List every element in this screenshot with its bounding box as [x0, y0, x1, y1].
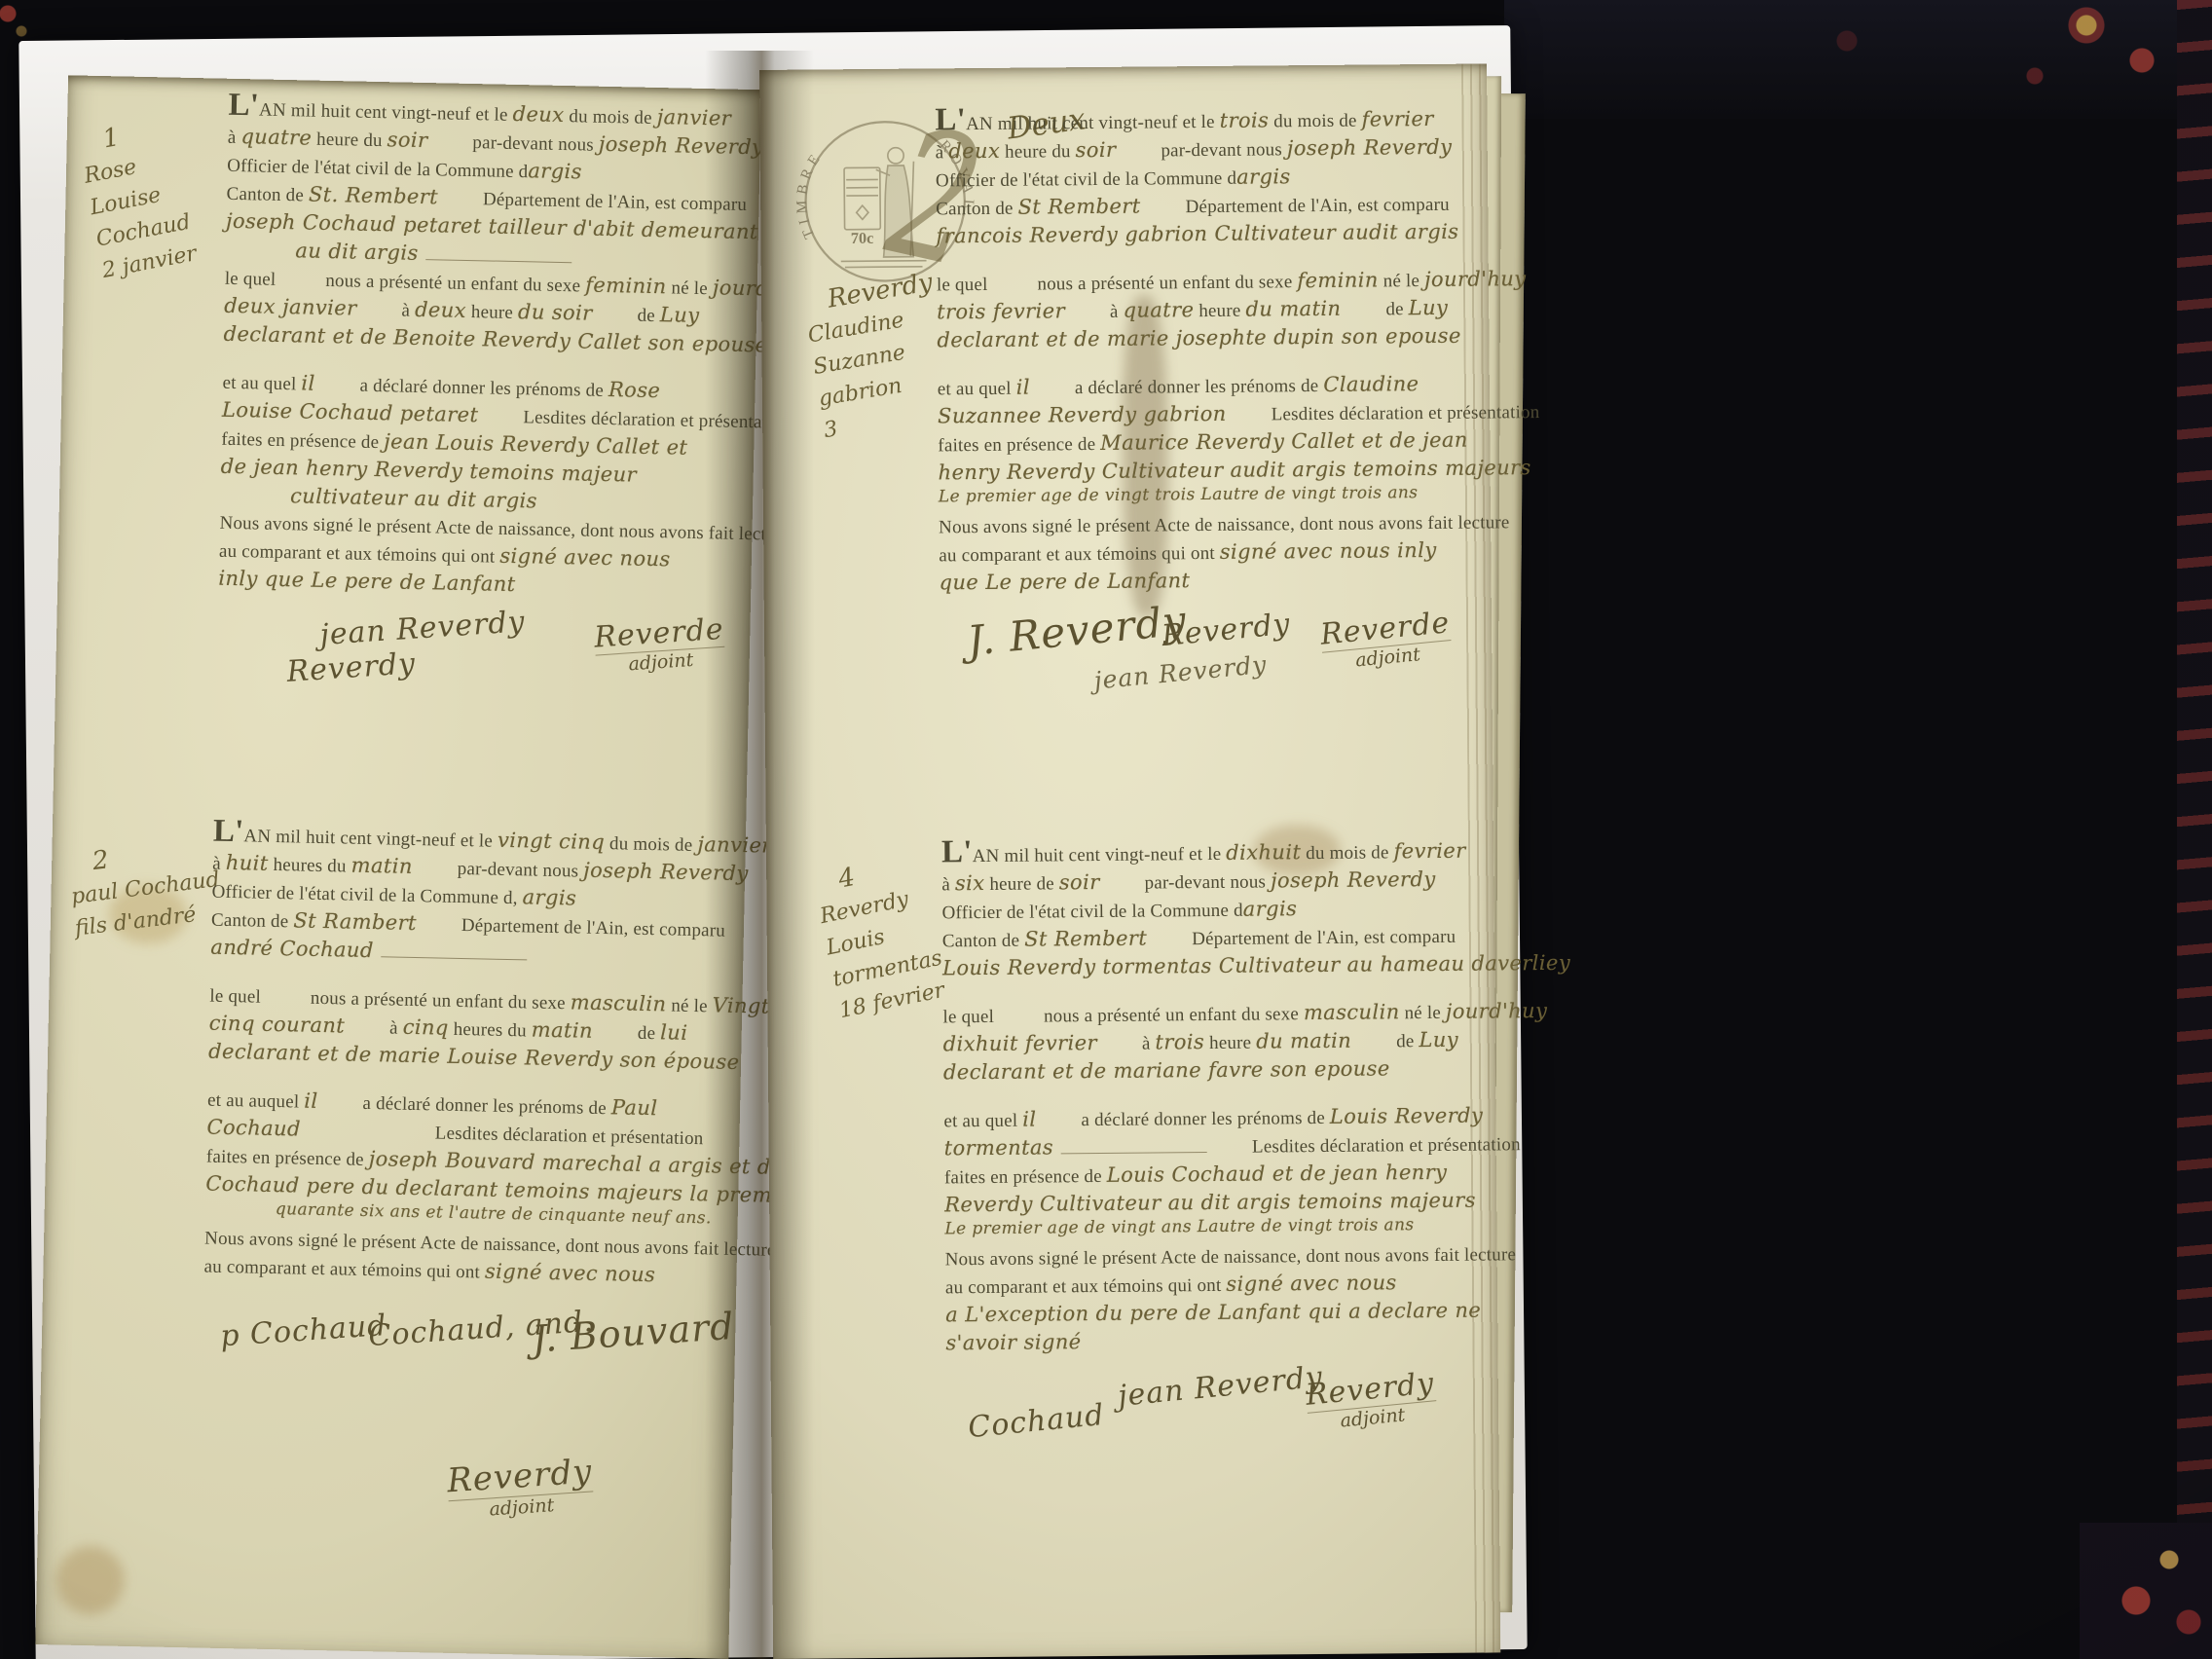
handwritten-text: feminin [1297, 268, 1379, 292]
act-body: L'AN mil huit cent vingt-neuf et le dixh… [941, 835, 1493, 1490]
handwritten-text: Le premier age de vingt trois Lautre de … [939, 483, 1419, 506]
form-blank-space [345, 1033, 389, 1034]
register-photograph: 1RoseLouiseCochaud2 janvier L'AN mil hui… [0, 0, 2212, 1659]
printed-form-text: le quel [209, 986, 266, 1008]
signature: Cochaud [967, 1398, 1106, 1445]
paper-stain [55, 1545, 125, 1614]
form-blank-space [280, 285, 325, 286]
printed-form-text: le quel [942, 1007, 999, 1028]
printed-form-text: L'AN mil huit cent vingt-neuf et le [228, 99, 513, 126]
act-line: dixhuit fevrierà trois heure du matinde … [943, 1027, 1489, 1060]
svg-text:TIMBRE: TIMBRE [793, 148, 828, 241]
printed-form-text: et au auquel [207, 1090, 305, 1113]
handwritten-text: Cochaud [206, 1116, 301, 1141]
signature: Reverdeadjoint [1319, 606, 1454, 675]
handwritten-text: St Rembert [1017, 195, 1140, 219]
printed-form-text: Département de l'Ain, est comparu [461, 915, 726, 941]
handwritten-text: soir [1059, 870, 1100, 894]
form-blank-space [593, 1038, 638, 1039]
tablecloth-fabric-corner [2080, 1523, 2212, 1659]
printed-form-text: au comparant et aux témoins qui ont [939, 543, 1220, 567]
form-blank-space [317, 1108, 362, 1109]
printed-form-text: Canton de [226, 184, 309, 206]
act-line: à six heure de soirpar-devant nous josep… [941, 866, 1487, 900]
act-body: L'AN mil huit cent vingt-neuf et le troi… [935, 103, 1486, 749]
act-line: a L'exception du pere de Lanfant qui a d… [945, 1297, 1491, 1330]
handwritten-text: Luy [660, 303, 700, 327]
printed-form-text: par-devant nous [1161, 139, 1287, 161]
handwritten-text: joseph Reverdy [1287, 135, 1453, 160]
printed-form-text: Officier de l'état civil de la Commune d… [211, 882, 522, 909]
handwritten-text: Le premier age de vingt ans Lautre de vi… [944, 1215, 1414, 1238]
printed-form-text: Lesdites déclaration et présentation [1252, 1134, 1521, 1157]
handwritten-text: dixhuit [1226, 840, 1301, 865]
register-page-left: 1RoseLouiseCochaud2 janvier L'AN mil hui… [35, 75, 761, 1659]
form-blank-space [390, 1138, 435, 1139]
printed-form-text: nous a présenté un enfant du sexe [311, 988, 571, 1014]
handwritten-text: deux [512, 102, 564, 127]
handwritten-text: il [301, 371, 315, 394]
printed-form-text: à [401, 301, 415, 321]
tablecloth-fabric-right [2177, 0, 2212, 1659]
printed-form-text: heure [466, 302, 519, 323]
act-body: L'AN mil huit cent vingt-neuf et le deux… [215, 92, 774, 746]
printed-form-text: L'AN mil huit cent vingt-neuf et le [941, 844, 1226, 867]
handwritten-text: deux [415, 298, 466, 322]
handwritten-text: signé avec nous [485, 1260, 656, 1287]
handwritten-text: s'avoir signé [945, 1330, 1081, 1354]
printed-form-text: Officier de l'état civil de la Commune d [227, 156, 529, 182]
signature-name: Cochaud [967, 1398, 1106, 1445]
printed-form-text: né le [1399, 1003, 1445, 1023]
printed-form-text: au comparant et aux témoins qui ont [945, 1275, 1227, 1299]
handwritten-text: au dit argis [295, 239, 419, 265]
register-page-right: 70c TIMBRE ROYAL. Deux 2 ReverdyClaudine… [759, 63, 1500, 1658]
birth-act-2: 2paul Cochaudfils d'andré L'AN mil huit … [62, 815, 744, 829]
act-line: Nous avons signé le présent Acte de nais… [945, 1241, 1491, 1273]
printed-form-text: Canton de [936, 199, 1018, 220]
handwritten-text: argis [1243, 897, 1298, 920]
printed-form-text: de [637, 306, 660, 326]
printed-form-text: L'AN mil huit cent vingt-neuf et le [213, 826, 498, 852]
form-rule-line [382, 942, 528, 960]
printed-form-text: né le [1379, 271, 1424, 291]
printed-form-text: Département de l'Ain, est comparu [1192, 927, 1456, 949]
handwritten-text: que Le pere de Lanfant [939, 569, 1190, 594]
signature: Reverdy [285, 646, 417, 689]
form-blank-space [301, 1136, 346, 1137]
printed-form-text: heure du [1000, 141, 1076, 163]
margin-note: 2paul Cochaudfils d'andré [65, 832, 222, 945]
act-line: Louis Reverdy tormentas Cultivateur au h… [942, 951, 1488, 984]
signatures: jean ReverdyReverdyReverdeadjoint [215, 608, 763, 746]
handwritten-text: Claudine [1323, 372, 1419, 396]
printed-form-text: de [638, 1023, 661, 1044]
handwritten-text: deux janvier [224, 294, 357, 320]
handwritten-text: jourd'huy [1446, 999, 1548, 1023]
printed-form-text: nous a présenté un enfant du sexe [325, 271, 585, 297]
handwritten-text: lui [660, 1020, 688, 1045]
tablecloth-fabric-topleft [0, 0, 31, 43]
printed-form-text: Lesdites déclaration et présentation [1272, 402, 1540, 424]
handwritten-text: janvier [697, 832, 772, 858]
signature: Reverdyadjoint [1304, 1366, 1437, 1434]
signature-name: jean Reverdy [318, 605, 526, 652]
signature-name: jean Reverdy [1117, 1360, 1325, 1414]
printed-form-text: faites en présence de [206, 1147, 369, 1170]
printed-form-text: né le [666, 995, 713, 1016]
signature: J. Reverdy [965, 596, 1189, 664]
handwritten-text: Paul [611, 1095, 658, 1120]
form-blank-space [314, 390, 359, 391]
form-blank-space [438, 203, 483, 204]
printed-form-text: heure [1204, 1033, 1256, 1053]
handwritten-text: Louis Cochaud et de jean henry [1107, 1161, 1448, 1187]
form-blank-space [427, 147, 472, 148]
printed-form-text: et au quel [222, 373, 301, 395]
printed-form-text: Nous avons signé le présent Acte de nais… [939, 512, 1510, 537]
act-line: s'avoir signé [945, 1325, 1491, 1358]
printed-form-text: heures du [268, 855, 350, 877]
act-line: L'AN mil huit cent vingt-neuf et le troi… [935, 103, 1480, 139]
printed-form-text: du mois de [605, 833, 698, 856]
handwritten-text: Louis Reverdy tormentas Cultivateur au h… [942, 951, 1570, 980]
printed-form-text: faites en présence de [938, 434, 1100, 456]
act-line: que Le pere de Lanfant [939, 566, 1484, 599]
signature: jean Reverdy [318, 605, 526, 652]
handwritten-text: St. Rembert [309, 183, 439, 209]
handwritten-text: Luy [1409, 296, 1449, 319]
handwritten-text: masculin [571, 990, 667, 1015]
handwritten-text: tormentas [944, 1135, 1054, 1160]
handwritten-text: Louis Reverdy [1330, 1104, 1484, 1128]
stamp-value: 70c [851, 229, 874, 247]
margin-note: 1RoseLouiseCochaud2 janvier [75, 102, 248, 287]
handwritten-text: Rose [608, 378, 661, 402]
act-line: declarant et de marie josephte dupin son… [937, 323, 1482, 356]
printed-form-text: nous a présenté un enfant du sexe [1044, 1004, 1304, 1026]
printed-form-text: au comparant et aux témoins qui ont [203, 1257, 485, 1283]
handwritten-text: fevrier [1393, 839, 1465, 864]
handwritten-text: argis [528, 159, 582, 183]
printed-form-text: Nous avons signé le présent Acte de nais… [945, 1244, 1517, 1270]
printed-form-text: nous a présenté un enfant du sexe [1037, 272, 1297, 294]
stamp-ring-text-left: TIMBRE [793, 148, 828, 241]
printed-form-text: de [1396, 1031, 1419, 1051]
printed-form-text: à [1142, 1033, 1156, 1053]
handwritten-text: matin [350, 854, 413, 878]
printed-form-text: faites en présence de [944, 1166, 1107, 1188]
printed-form-text: à [228, 128, 241, 148]
form-rule-line [426, 245, 572, 263]
handwritten-text: Maurice Reverdy Callet et de jean [1100, 428, 1468, 455]
signatures: Cochaudjean ReverdyReverdyadjoint [946, 1367, 1493, 1489]
handwritten-text: signé avec nous [1226, 1271, 1396, 1296]
handwritten-text: Suzannee Reverdy gabrion [938, 402, 1227, 428]
handwritten-text: jourd'huy [1424, 267, 1527, 291]
printed-form-text: Canton de [211, 910, 294, 933]
printed-form-text: L'AN mil huit cent vingt-neuf et le [935, 112, 1219, 135]
printed-form-text: à [1110, 302, 1124, 322]
printed-form-text: Canton de [942, 931, 1025, 952]
handwritten-text: St Rambert [293, 908, 417, 935]
handwritten-text: trois [1155, 1030, 1204, 1053]
printed-form-text: Officier de l'état civil de la Commune d [936, 168, 1236, 192]
handwritten-text: Luy [1419, 1028, 1458, 1051]
handwritten-text: il [1022, 1108, 1036, 1131]
handwritten-text: quatre [1123, 298, 1194, 322]
printed-form-text: né le [666, 277, 713, 299]
handwritten-text: janvier [656, 105, 731, 130]
printed-form-text: heure du [312, 129, 387, 152]
handwritten-text: joseph Reverdy [583, 859, 749, 886]
form-blank-space [346, 1137, 390, 1138]
signature-name: jean Reverdy [1092, 650, 1268, 695]
handwritten-text: il [304, 1089, 318, 1113]
printed-form-text: par-devant nous [458, 859, 584, 882]
printed-form-text: a déclaré donner les prénoms de [359, 376, 608, 401]
handwritten-text: declarant et de mariane favre son epouse [943, 1056, 1390, 1084]
printed-form-text: par-devant nous [472, 132, 599, 156]
handwritten-text: andré Cochaud [210, 936, 374, 962]
handwritten-text: masculin [1304, 1000, 1400, 1024]
handwritten-text: du matin [1256, 1029, 1351, 1053]
act-line: L'AN mil huit cent vingt-neuf et le dixh… [941, 835, 1487, 871]
handwritten-text: vingt cinq [498, 829, 606, 854]
form-blank-space [413, 873, 458, 874]
printed-form-text: Officier de l'état civil de la Commune d [941, 901, 1242, 924]
form-blank-space [266, 1003, 311, 1004]
handwritten-text: du matin [1245, 297, 1341, 321]
printed-form-text: et au quel [938, 379, 1016, 400]
printed-form-text: à [941, 874, 955, 895]
handwritten-text: inly que Le pere de Lanfant [218, 567, 516, 596]
birth-act-1: 1RoseLouiseCochaud2 janvier L'AN mil hui… [78, 86, 759, 100]
handwritten-text: Reverdy Cultivateur au dit argis temoins… [944, 1189, 1476, 1217]
act-line: francois Reverdy gabrion Cultivateur aud… [936, 219, 1481, 252]
handwritten-text: francois Reverdy gabrion Cultivateur aud… [936, 220, 1458, 248]
printed-form-text: de [1385, 299, 1408, 319]
printed-form-text: au comparant et aux témoins qui ont [219, 541, 500, 568]
form-rule-line [1061, 1138, 1207, 1154]
handwritten-text: il [1016, 376, 1030, 399]
handwritten-text: soir [1076, 138, 1117, 162]
printed-form-text: le quel [937, 275, 993, 296]
printed-form-text: a déclaré donner les prénoms de [1081, 1108, 1330, 1130]
handwritten-text: henry Reverdy Cultivateur audit argis te… [939, 456, 1531, 484]
printed-form-text: à [389, 1017, 403, 1038]
printed-form-text: du mois de [564, 106, 657, 129]
printed-form-text: heure de [984, 873, 1059, 895]
printed-form-text: heures du [449, 1019, 532, 1042]
handwritten-text: feminin [585, 274, 667, 299]
handwritten-text: cinq [402, 1015, 449, 1040]
printed-form-text: heure [1194, 301, 1245, 321]
handwritten-text: six [955, 871, 985, 895]
birth-act-4: 4ReverdyLouistormentas18 fevrier L'AN mi… [766, 835, 1487, 841]
handwritten-text: cinq courant [209, 1012, 346, 1038]
handwritten-text: du soir [518, 300, 593, 325]
handwritten-text: trois [1220, 108, 1270, 131]
handwritten-text: trois fevrier [937, 299, 1065, 323]
handwritten-text: fevrier [1361, 107, 1433, 131]
printed-form-text: a déclaré donner les prénoms de [1075, 376, 1324, 398]
handwritten-text: joseph Reverdy [1271, 867, 1436, 892]
printed-form-text: a déclaré donner les prénoms de [362, 1093, 611, 1119]
form-blank-space [592, 320, 637, 321]
signature: Reverdeadjoint [593, 612, 726, 678]
signature: jean Reverdy [1092, 650, 1268, 695]
printed-form-text: par-devant nous [1145, 871, 1272, 893]
printed-form-text: à [936, 142, 949, 163]
printed-form-text: du mois de [1269, 111, 1361, 132]
act-body: L'AN mil huit cent vingt-neuf et le ving… [198, 819, 758, 1581]
printed-form-text: Département de l'Ain, est comparu [1185, 195, 1449, 217]
handwritten-text: a L'exception du pere de Lanfant qui a d… [945, 1299, 1481, 1327]
handwritten-text: St Rembert [1024, 927, 1147, 951]
form-blank-space [417, 930, 461, 931]
act-line: declarant et de mariane favre son epouse [943, 1055, 1489, 1088]
act-line: au comparant et aux témoins qui ont sign… [939, 537, 1484, 571]
printed-form-text: à [212, 854, 226, 874]
handwritten-text: cultivateur au dit argis [290, 484, 537, 512]
signature: Reverdyadjoint [446, 1453, 595, 1524]
handwritten-text: deux [948, 139, 1000, 163]
handwritten-text: quatre [240, 125, 312, 150]
printed-form-text: Département de l'Ain, est comparu [483, 189, 748, 215]
signatures: J. Reverdyjean ReverdyReverdyReverdeadjo… [940, 608, 1486, 749]
handwritten-text: dixhuit fevrier [943, 1031, 1097, 1055]
printed-form-text: du mois de [1301, 842, 1393, 864]
printed-form-text: le quel [225, 269, 281, 290]
printed-form-text: Lesdites déclaration et présentation [523, 407, 792, 433]
tablecloth-fabric-top [1504, 0, 2212, 119]
handwritten-text: matin [532, 1018, 594, 1043]
signatures: p CochaudCochaud, and.J. BouvardReverdya… [198, 1307, 749, 1581]
signature: p Cochaud [219, 1309, 387, 1353]
handwritten-text: soir [387, 128, 427, 152]
signature: jean Reverdy [1117, 1360, 1325, 1414]
handwritten-text: argis [522, 885, 576, 909]
handwritten-text: argis [1236, 165, 1291, 188]
signature-name: p Cochaud [219, 1309, 387, 1353]
handwritten-text: Louise Cochaud petaret [222, 398, 479, 427]
act-line: à deux heure du soirpar-devant nous jose… [936, 134, 1481, 167]
printed-form-text: Lesdites déclaration et présentation [435, 1123, 704, 1149]
handwritten-text: jean Louis Reverdy Callet et [384, 429, 688, 460]
handwritten-text: signé avec nous inly [1220, 538, 1437, 564]
handwritten-text: declarant et de marie josephte dupin son… [937, 324, 1461, 352]
printed-form-text: et au quel [943, 1111, 1022, 1132]
handwritten-text: huit [226, 851, 269, 875]
handwritten-text: signé avec nous [499, 544, 671, 571]
signature-name: J. Reverdy [965, 596, 1189, 664]
signature-name: Reverdy [285, 646, 417, 689]
form-blank-space [356, 315, 401, 316]
handwritten-text: joseph Reverdy [599, 132, 764, 160]
printed-form-text: faites en présence de [221, 429, 384, 453]
form-blank-space [478, 422, 523, 423]
handwritten-text: Vingt [712, 993, 769, 1017]
